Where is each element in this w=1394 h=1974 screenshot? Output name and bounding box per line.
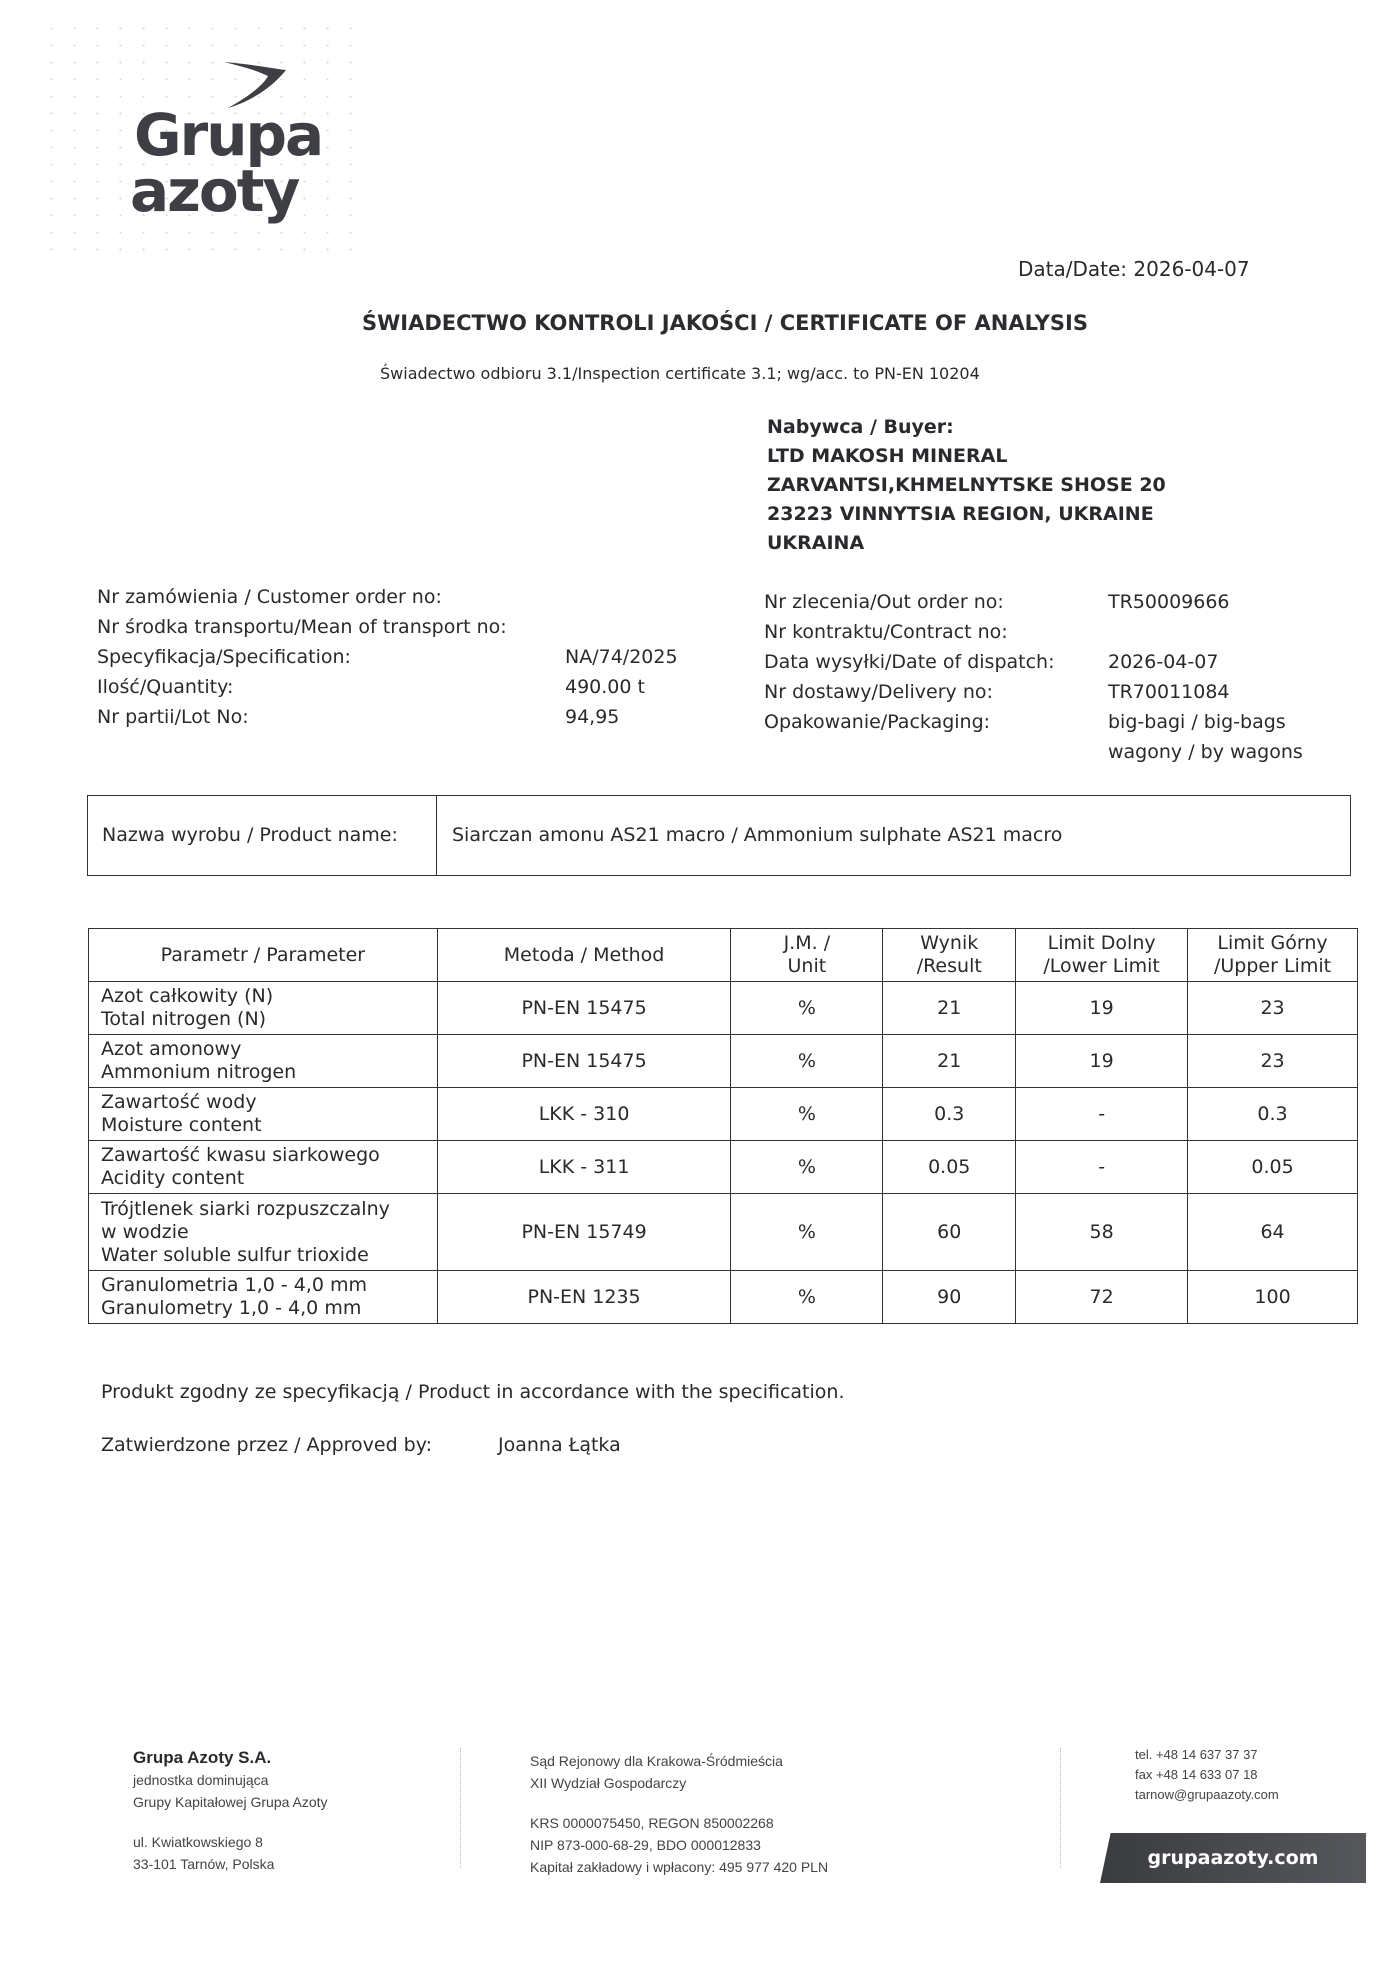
logo-word-grupa: Grupa [134,106,322,164]
conformity-statement: Produkt zgodny ze specyfikacją / Product… [101,1381,845,1403]
packaging-value-2: wagony / by wagons [1108,737,1303,767]
table-row: Zawartość kwasu siarkowego Acidity conte… [89,1141,1358,1194]
parameter-cell: Zawartość kwasu siarkowego Acidity conte… [89,1141,438,1194]
table-row: Azot całkowity (N) Total nitrogen (N)PN-… [89,982,1358,1035]
lower-limit-cell: - [1016,1141,1188,1194]
lower-limit-cell: 19 [1016,982,1188,1035]
company-name: Grupa Azoty S.A. [133,1748,271,1767]
method-cell: LKK - 311 [437,1141,731,1194]
header-parameter: Parametr / Parameter [89,929,438,982]
order-meta-left: Nr zamówienia / Customer order no: Nr śr… [97,582,507,732]
email-link[interactable]: tarnow@grupaazoty.com [1135,1785,1279,1805]
table-row: Granulometria 1,0 - 4,0 mm Granulometry … [89,1271,1358,1324]
company-line: jednostka dominująca [133,1769,328,1791]
result-cell: 0.05 [883,1141,1016,1194]
product-label: Nazwa wyrobu / Product name: [102,824,398,846]
product-name-box: Nazwa wyrobu / Product name: Siarczan am… [87,795,1351,876]
header-upper-limit: Limit Górny /Upper Limit [1188,929,1358,982]
unit-cell: % [731,1088,883,1141]
parameter-cell: Azot amonowy Ammonium nitrogen [89,1035,438,1088]
order-meta-right-values: TR50009666 2026-04-07 TR70011084 big-bag… [1108,587,1303,767]
company-logo: Grupa azoty [130,60,370,220]
out-order-value: TR50009666 [1108,587,1303,617]
method-cell: PN-EN 15475 [437,1035,731,1088]
result-cell: 90 [883,1271,1016,1324]
footer-contact: tel. +48 14 637 37 37 fax +48 14 633 07 … [1135,1745,1279,1805]
approver-name: Joanna Łątka [498,1434,621,1456]
product-divider [436,796,437,875]
result-cell: 60 [883,1194,1016,1271]
footer-company: Grupa Azoty S.A. jednostka dominująca Gr… [133,1747,328,1875]
footer-divider [1060,1748,1062,1868]
header-lower-limit: Limit Dolny /Lower Limit [1016,929,1188,982]
method-cell: PN-EN 15749 [437,1194,731,1271]
unit-cell: % [731,1194,883,1271]
court-line: XII Wydział Gospodarczy [530,1772,828,1794]
meta-label: Nr partii/Lot No: [97,702,507,732]
order-meta-left-values: NA/74/2025 490.00 t 94,95 [565,642,678,732]
header-result: Wynik /Result [883,929,1016,982]
buyer-block: Nabywca / Buyer: LTD MAKOSH MINERAL ZARV… [767,413,1166,558]
buyer-line: 23223 VINNYTSIA REGION, UKRAINE [767,500,1166,529]
result-cell: 0.3 [883,1088,1016,1141]
result-cell: 21 [883,1035,1016,1088]
upper-limit-cell: 0.3 [1188,1088,1358,1141]
product-value: Siarczan amonu AS21 macro / Ammonium sul… [452,824,1062,846]
footer-registry: Sąd Rejonowy dla Krakowa-Śródmieścia XII… [530,1750,828,1878]
registry-line: KRS 0000075450, REGON 850002268 [530,1812,828,1834]
approved-label: Zatwierdzone przez / Approved by: [101,1434,432,1456]
document-subtitle: Świadectwo odbioru 3.1/Inspection certif… [380,364,980,383]
logo-word-azoty: azoty [130,162,298,220]
contract-value [1108,617,1303,647]
meta-label: Specyfikacja/Specification: [97,642,507,672]
parameter-cell: Zawartość wody Moisture content [89,1088,438,1141]
upper-limit-cell: 23 [1188,982,1358,1035]
footer-divider [460,1748,462,1868]
meta-label: Data wysyłki/Date of dispatch: [764,647,1055,677]
upper-limit-cell: 100 [1188,1271,1358,1324]
registry-line: Kapitał zakładowy i wpłacony: 495 977 42… [530,1856,828,1878]
upper-limit-cell: 64 [1188,1194,1358,1271]
dispatch-date-value: 2026-04-07 [1108,647,1303,677]
buyer-line: LTD MAKOSH MINERAL [767,442,1166,471]
address-line: ul. Kwiatkowskiego 8 [133,1831,328,1853]
unit-cell: % [731,1271,883,1324]
registry-line: NIP 873-000-68-29, BDO 000012833 [530,1834,828,1856]
results-table: Parametr / Parameter Metoda / Method J.M… [88,928,1358,1324]
table-row: Zawartość wody Moisture contentLKK - 310… [89,1088,1358,1141]
document-date: Data/Date: 2026-04-07 [1018,257,1250,281]
court-line: Sąd Rejonowy dla Krakowa-Śródmieścia [530,1750,828,1772]
header-unit: J.M. / Unit [731,929,883,982]
meta-label: Nr środka transportu/Mean of transport n… [97,612,507,642]
meta-label: Nr zamówienia / Customer order no: [97,582,507,612]
buyer-line: UKRAINA [767,529,1166,558]
parameter-cell: Granulometria 1,0 - 4,0 mm Granulometry … [89,1271,438,1324]
lot-value: 94,95 [565,702,678,732]
unit-cell: % [731,1035,883,1088]
upper-limit-cell: 23 [1188,1035,1358,1088]
quantity-value: 490.00 t [565,672,678,702]
buyer-label: Nabywca / Buyer: [767,413,1166,442]
company-line: Grupy Kapitałowej Grupa Azoty [133,1791,328,1813]
lower-limit-cell: 72 [1016,1271,1188,1324]
delivery-value: TR70011084 [1108,677,1303,707]
meta-label: Nr dostawy/Delivery no: [764,677,1055,707]
table-row: Trójtlenek siarki rozpuszczalny w wodzie… [89,1194,1358,1271]
packaging-value: big-bagi / big-bags [1108,707,1303,737]
lower-limit-cell: - [1016,1088,1188,1141]
unit-cell: % [731,1141,883,1194]
document-title: ŚWIADECTWO KONTROLI JAKOŚCI / CERTIFICAT… [362,311,1088,335]
website-link[interactable]: grupaazoty.com [1100,1833,1366,1883]
fax: fax +48 14 633 07 18 [1135,1765,1279,1785]
buyer-line: ZARVANTSI,KHMELNYTSKE SHOSE 20 [767,471,1166,500]
upper-limit-cell: 0.05 [1188,1141,1358,1194]
table-header-row: Parametr / Parameter Metoda / Method J.M… [89,929,1358,982]
parameter-cell: Azot całkowity (N) Total nitrogen (N) [89,982,438,1035]
method-cell: LKK - 310 [437,1088,731,1141]
order-meta-right: Nr zlecenia/Out order no: Nr kontraktu/C… [764,587,1055,737]
table-row: Azot amonowy Ammonium nitrogenPN-EN 1547… [89,1035,1358,1088]
address-line: 33-101 Tarnów, Polska [133,1853,328,1875]
meta-label: Nr zlecenia/Out order no: [764,587,1055,617]
method-cell: PN-EN 15475 [437,982,731,1035]
meta-label: Ilość/Quantity: [97,672,507,702]
method-cell: PN-EN 1235 [437,1271,731,1324]
unit-cell: % [731,982,883,1035]
phone: tel. +48 14 637 37 37 [1135,1745,1279,1765]
header-method: Metoda / Method [437,929,731,982]
lower-limit-cell: 58 [1016,1194,1188,1271]
parameter-cell: Trójtlenek siarki rozpuszczalny w wodzie… [89,1194,438,1271]
specification-value: NA/74/2025 [565,642,678,672]
meta-label: Nr kontraktu/Contract no: [764,617,1055,647]
meta-label: Opakowanie/Packaging: [764,707,1055,737]
lower-limit-cell: 19 [1016,1035,1188,1088]
result-cell: 21 [883,982,1016,1035]
